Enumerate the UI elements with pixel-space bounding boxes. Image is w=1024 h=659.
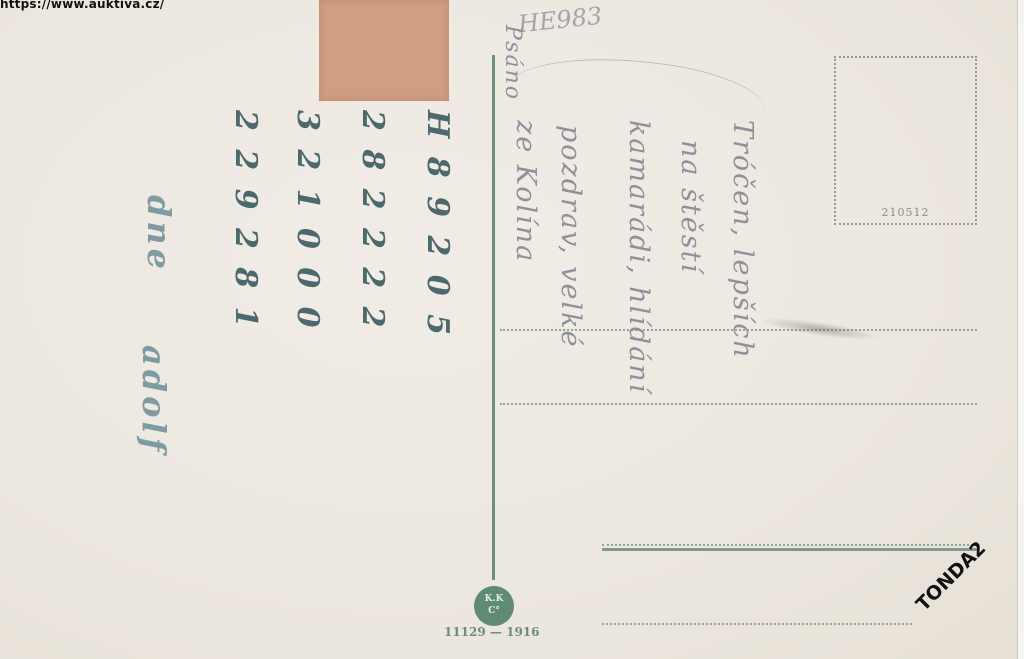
publisher-logo-line2: C°	[474, 605, 514, 617]
message-line: ze Kolína	[510, 120, 541, 263]
publisher-logo: K.K C°	[474, 586, 514, 626]
ink-smudge	[760, 314, 881, 345]
paper-tape-remnant	[319, 0, 449, 101]
publisher-logo-line1: K.K	[474, 593, 514, 605]
print-code: 11129 — 1916	[444, 625, 540, 639]
center-divider-line	[492, 55, 495, 580]
watermark-url: https://www.auktiva.cz/	[0, 0, 164, 11]
address-line-4	[602, 623, 912, 625]
signature-name: adolf	[135, 345, 173, 455]
stamp-box: 210512	[834, 56, 977, 225]
message-line: na štěstí	[675, 140, 706, 274]
message-line: Tróčen, lepších	[727, 120, 758, 360]
handwritten-message: Tróčen, lepších na štěstí kamarádi, hlíd…	[505, 100, 775, 570]
ink-column: 3 2 1 0 0 0	[290, 110, 325, 331]
ink-column: 2 2 9 2 8 1	[228, 110, 263, 331]
message-line: Psáno	[500, 25, 525, 101]
message-line: kamarádi, hlídání	[623, 120, 654, 394]
message-line: pozdrav, velké	[555, 125, 586, 348]
postcard-back: HE983 210512 Tróčen, lepších na štěstí k…	[0, 0, 1018, 659]
ink-column: H 8 9 2 0 5	[420, 110, 455, 339]
catalog-note: HE983	[517, 2, 604, 39]
stamp-box-number: 210512	[836, 206, 975, 219]
signature-date: dne	[140, 195, 178, 273]
scan-edge	[1017, 0, 1024, 659]
ink-column: 2 8 2 2 2 2	[355, 110, 390, 331]
